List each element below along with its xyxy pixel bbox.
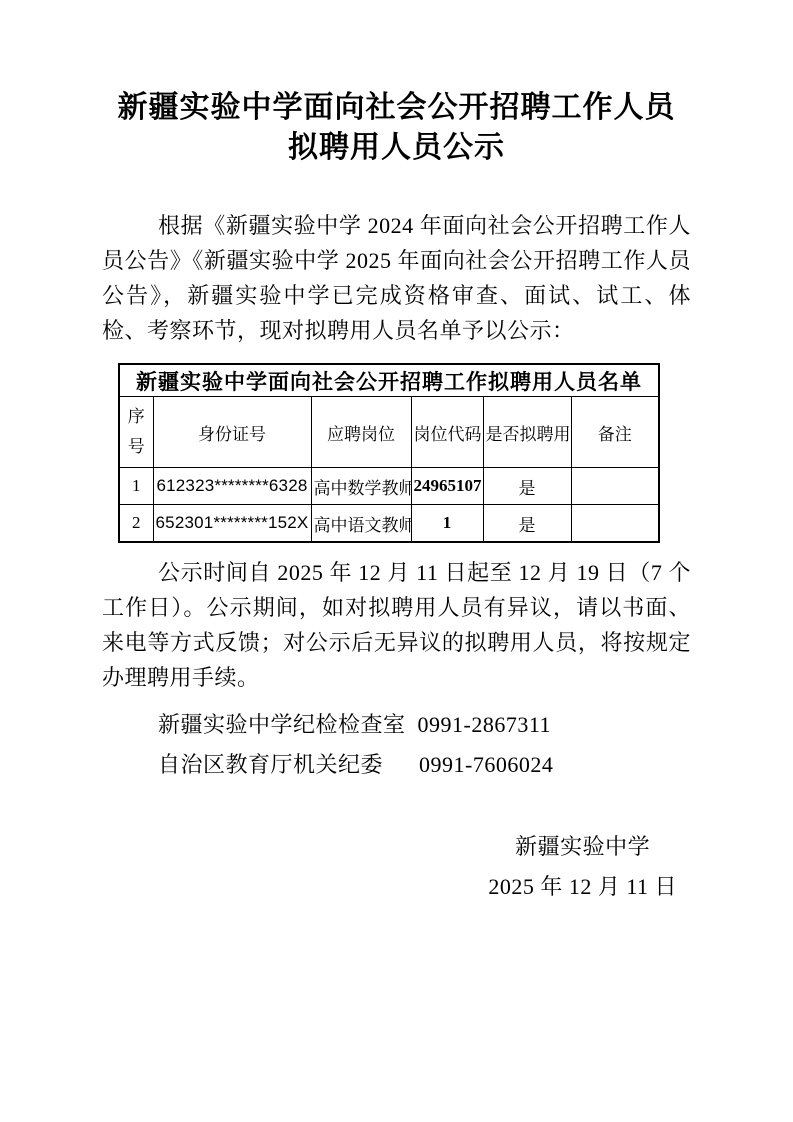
contact-line: 自治区教育厅机关纪委0991-7606024: [158, 745, 691, 785]
document-title: 新疆实验中学面向社会公开招聘工作人员 拟聘用人员公示: [0, 0, 793, 168]
header-position-code: 岗位代码: [411, 397, 483, 468]
signature-org: 新疆实验中学: [488, 827, 677, 867]
contact-line: 新疆实验中学纪检检查室0991-2867311: [158, 705, 691, 745]
document-page: 新疆实验中学面向社会公开招聘工作人员 拟聘用人员公示 根据《新疆实验中学 202…: [0, 0, 793, 1122]
to-hire-cell: 是: [483, 468, 571, 505]
table-title: 新疆实验中学面向社会公开招聘工作拟聘用人员名单: [119, 364, 659, 397]
remark-cell: [571, 505, 659, 543]
document-title-line1: 新疆实验中学面向社会公开招聘工作人员: [0, 88, 793, 128]
document-body: 根据《新疆实验中学 2024 年面向社会公开招聘工作人员公告》《新疆实验中学 2…: [102, 208, 691, 907]
position-code-cell: 1: [411, 505, 483, 543]
to-hire-cell: 是: [483, 505, 571, 543]
position-cell: 高中语文教师: [311, 505, 411, 543]
header-remark: 备注: [571, 397, 659, 468]
document-title-line2: 拟聘用人员公示: [0, 128, 793, 168]
table-row: 1 612323********6328 高中数学教师 24965107 是: [119, 468, 659, 505]
seq-cell: 1: [119, 468, 153, 505]
id-number-cell: 652301********152X: [153, 505, 311, 543]
contact-label: 自治区教育厅机关纪委: [158, 752, 383, 777]
table-header-row: 序号 身份证号 应聘岗位 岗位代码 是否拟聘用 备注: [119, 397, 659, 468]
intro-paragraph: 根据《新疆实验中学 2024 年面向社会公开招聘工作人员公告》《新疆实验中学 2…: [102, 208, 691, 348]
position-code-cell: 24965107: [411, 468, 483, 505]
id-number-cell: 612323********6328: [153, 468, 311, 505]
signature-block: 新疆实验中学 2025 年 12 月 11 日: [488, 827, 677, 907]
signature-date: 2025 年 12 月 11 日: [488, 867, 677, 907]
header-position: 应聘岗位: [311, 397, 411, 468]
header-id-number: 身份证号: [153, 397, 311, 468]
position-cell: 高中数学教师: [311, 468, 411, 505]
contact-list: 新疆实验中学纪检检查室0991-2867311 自治区教育厅机关纪委0991-7…: [102, 705, 691, 785]
header-seq: 序号: [119, 397, 153, 468]
table-title-row: 新疆实验中学面向社会公开招聘工作拟聘用人员名单: [119, 364, 659, 397]
contact-phone: 0991-7606024: [419, 752, 553, 777]
table-row: 2 652301********152X 高中语文教师 1 是: [119, 505, 659, 543]
remark-cell: [571, 468, 659, 505]
notice-paragraph: 公示时间自 2025 年 12 月 11 日起至 12 月 19 日（7 个工作…: [102, 555, 691, 695]
seq-cell: 2: [119, 505, 153, 543]
contact-label: 新疆实验中学纪检检查室: [158, 712, 406, 737]
hire-roster-table: 新疆实验中学面向社会公开招聘工作拟聘用人员名单 序号 身份证号 应聘岗位 岗位代…: [118, 363, 660, 543]
contact-phone: 0991-2867311: [418, 712, 552, 737]
header-to-hire: 是否拟聘用: [483, 397, 571, 468]
